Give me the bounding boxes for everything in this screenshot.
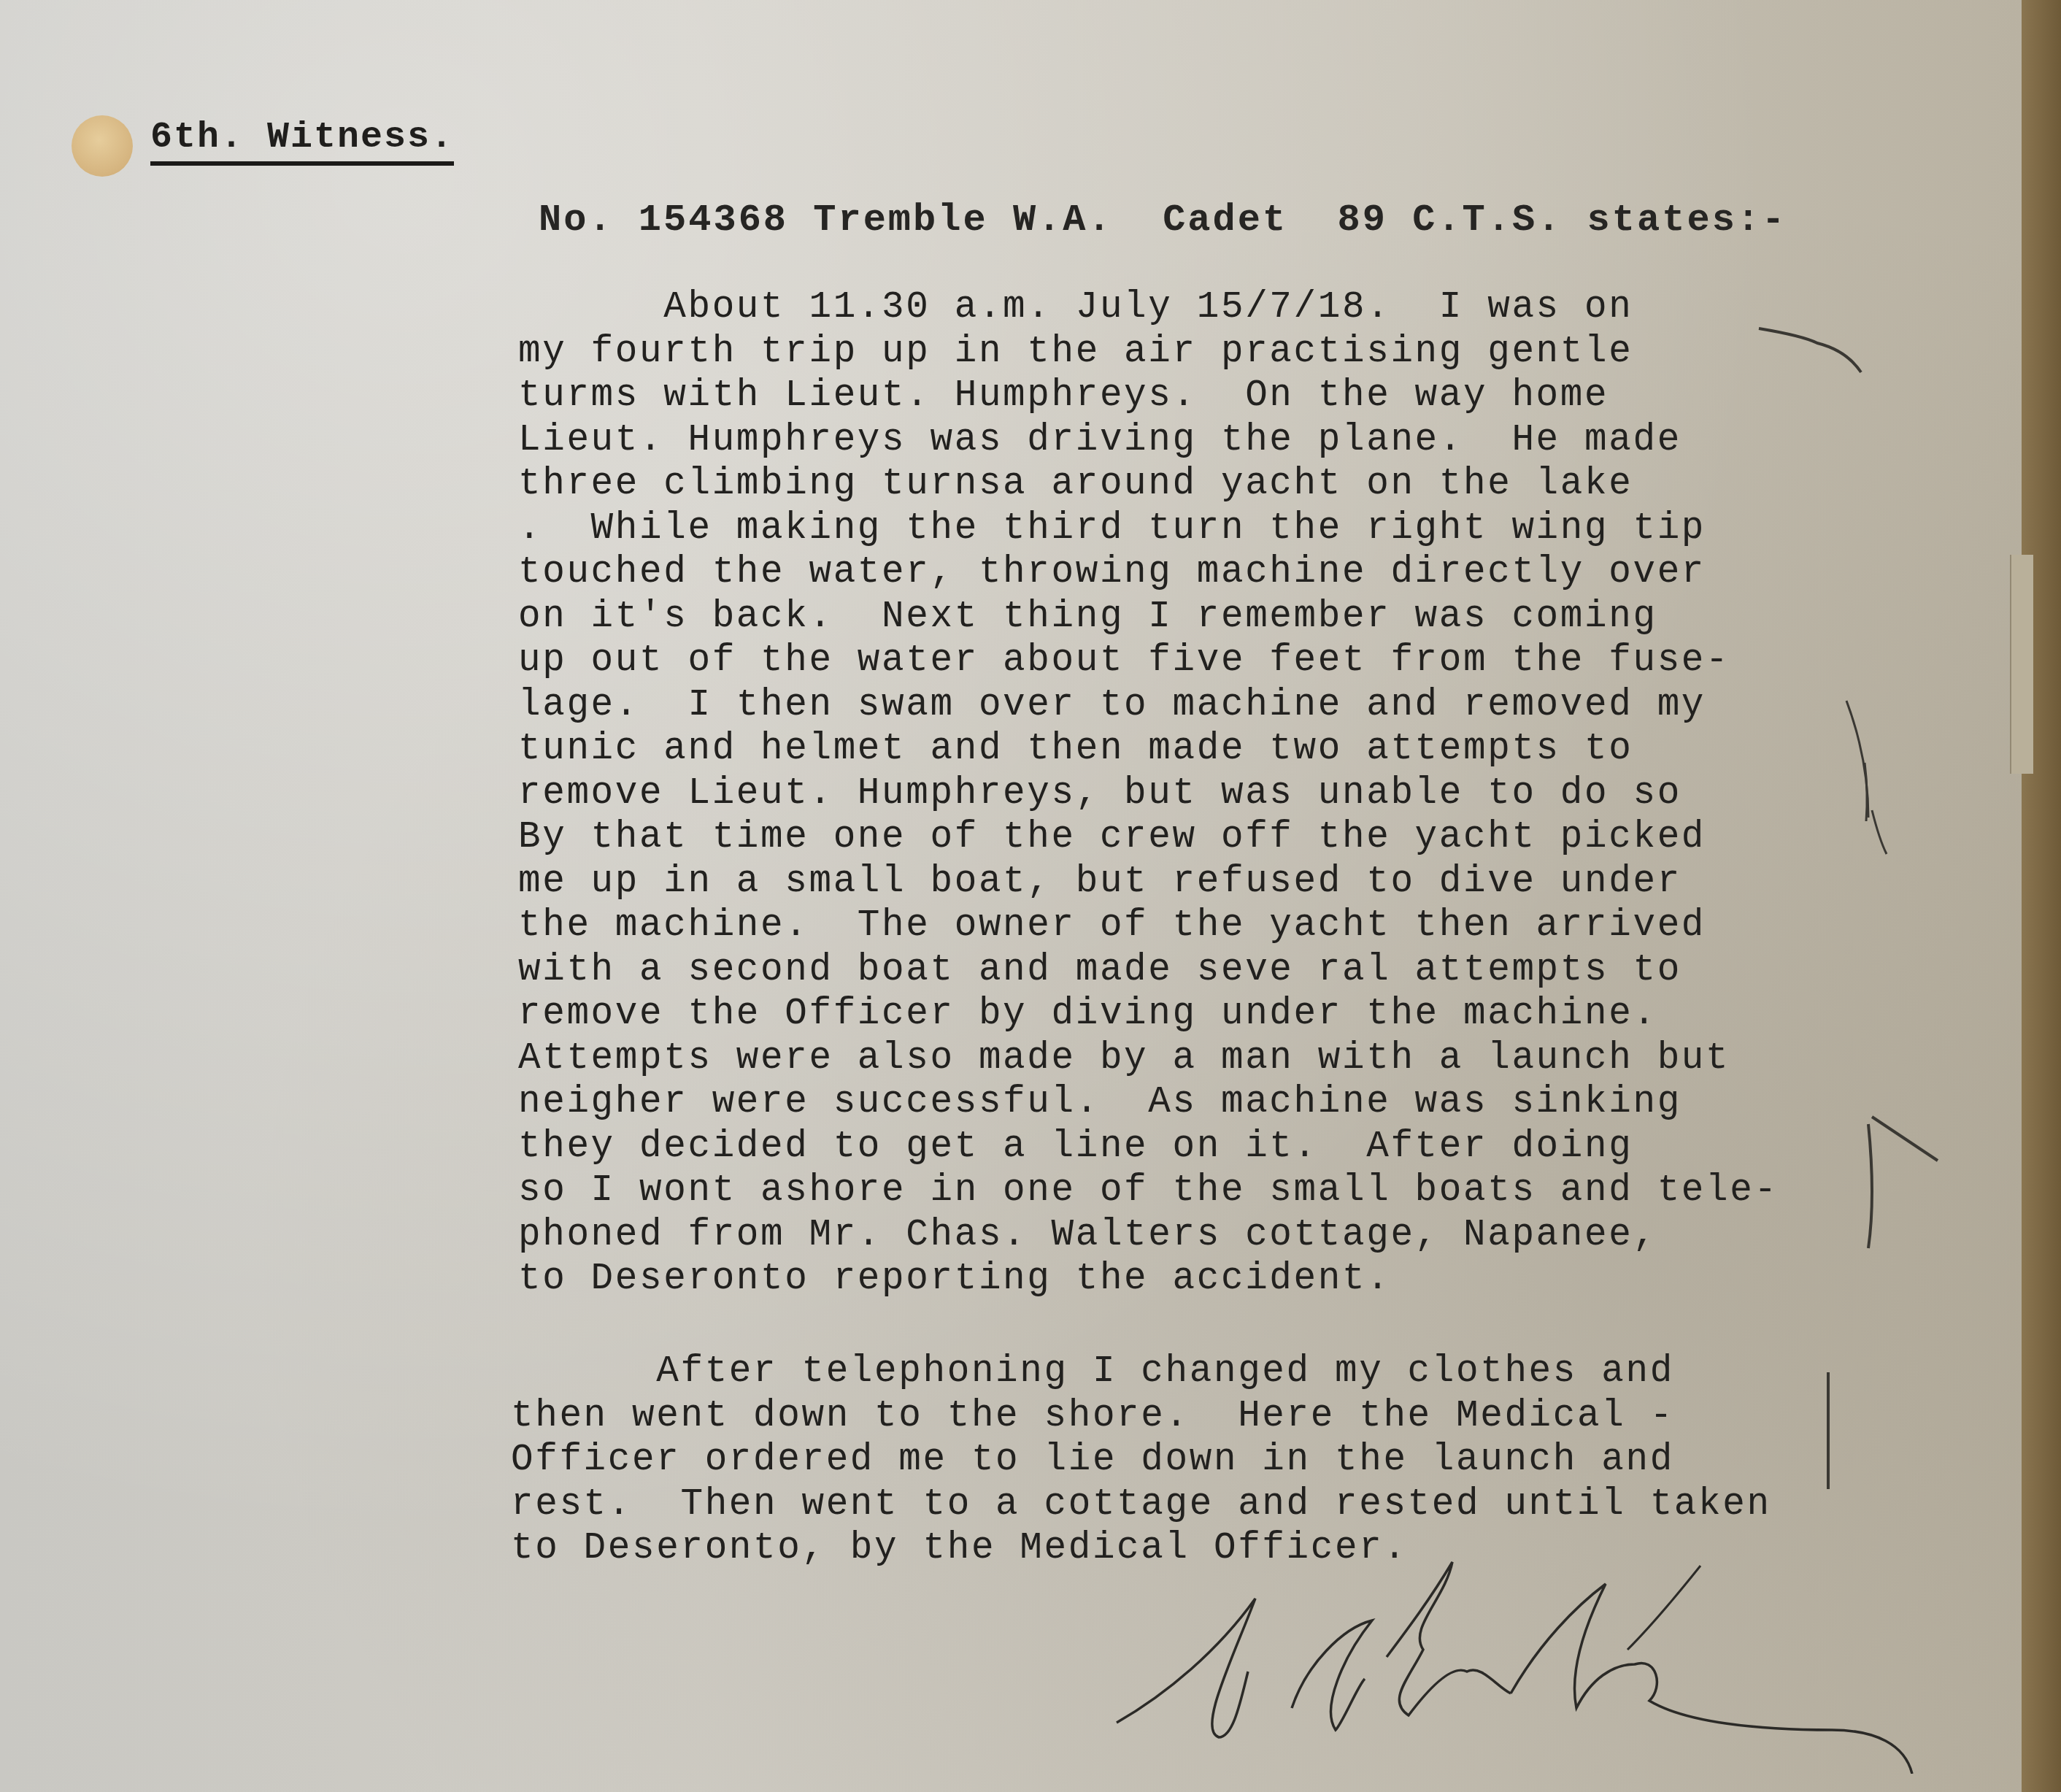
statement-line: touched the water, throwing machine dire… — [518, 551, 1934, 596]
statement-line: After telephoning I changed my clothes a… — [511, 1350, 1941, 1395]
statement-line: the machine. The owner of the yacht then… — [518, 904, 1934, 949]
statement-line: my fourth trip up in the air practising … — [518, 331, 1934, 375]
statement-line: to Deseronto reporting the accident. — [518, 1258, 1934, 1302]
page-edge — [2022, 0, 2061, 1792]
statement-line: three climbing turnsa around yacht on th… — [518, 463, 1934, 507]
punch-hole — [72, 115, 133, 177]
statement-line: they decided to get a line on it. After … — [518, 1126, 1934, 1170]
statement-paragraph-1: About 11.30 a.m. July 15/7/18. I was on … — [518, 286, 1934, 1302]
statement-line: phoned from Mr. Chas. Walters cottage, N… — [518, 1214, 1934, 1258]
signature — [1102, 1555, 2043, 1774]
page-edge-tear — [2010, 555, 2033, 774]
statement-line: tunic and helmet and then made two attem… — [518, 728, 1934, 772]
statement-line: rest. Then went to a cottage and rested … — [511, 1483, 1941, 1528]
witness-identification: No. 154368 Tremble W.A. Cadet 89 C.T.S. … — [539, 199, 1787, 242]
statement-line: up out of the water about five feet from… — [518, 639, 1934, 684]
witness-heading: 6th. Witness. — [150, 117, 454, 166]
statement-line: Attempts were also made by a man with a … — [518, 1037, 1934, 1082]
statement-line: with a second boat and made seve ral att… — [518, 949, 1934, 993]
statement-line: so I wont ashore in one of the small boa… — [518, 1169, 1934, 1214]
statement-line: About 11.30 a.m. July 15/7/18. I was on — [518, 286, 1934, 331]
statement-line: turms with Lieut. Humphreys. On the way … — [518, 374, 1934, 419]
statement-line: remove Lieut. Humphreys, but was unable … — [518, 772, 1934, 817]
statement-line: . While making the third turn the right … — [518, 507, 1934, 552]
statement-paragraph-2: After telephoning I changed my clothes a… — [511, 1350, 1941, 1572]
statement-line: Lieut. Humphreys was driving the plane. … — [518, 419, 1934, 464]
statement-line: neigher were successful. As machine was … — [518, 1081, 1934, 1126]
statement-line: on it's back. Next thing I remember was … — [518, 596, 1934, 640]
statement-line: remove the Officer by diving under the m… — [518, 993, 1934, 1037]
statement-line: me up in a small boat, but refused to di… — [518, 861, 1934, 905]
statement-line: Officer ordered me to lie down in the la… — [511, 1439, 1941, 1483]
statement-line: By that time one of the crew off the yac… — [518, 816, 1934, 861]
statement-line: then went down to the shore. Here the Me… — [511, 1395, 1941, 1439]
statement-line: lage. I then swam over to machine and re… — [518, 684, 1934, 728]
